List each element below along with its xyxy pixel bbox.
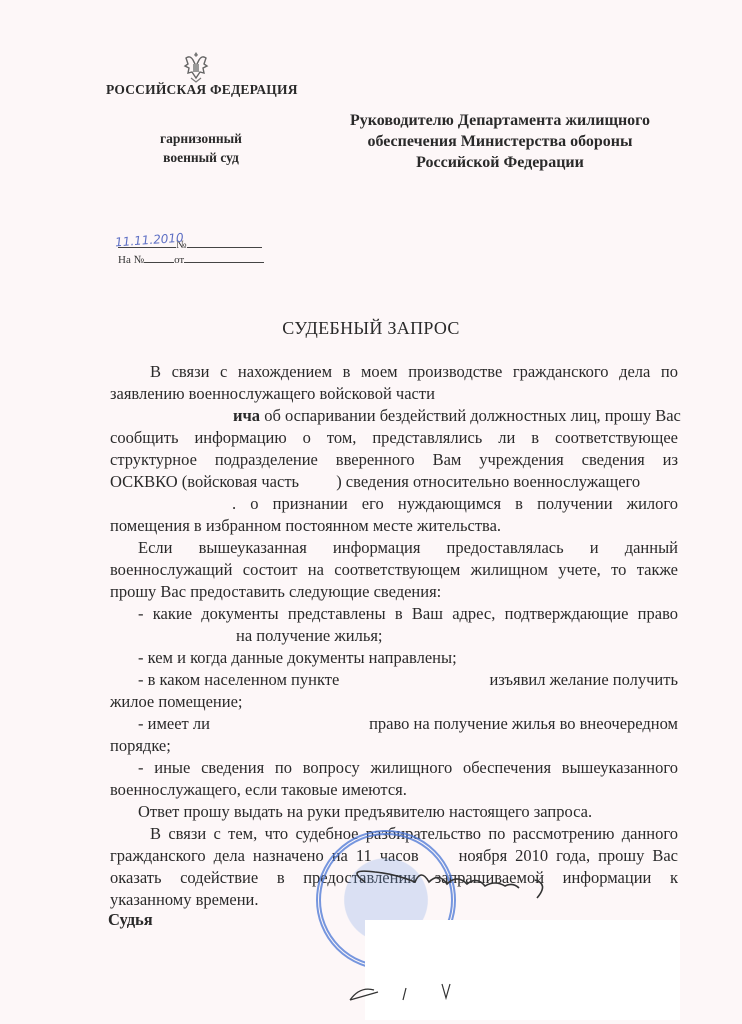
- judge-label: Судья: [108, 910, 153, 930]
- list-item: - какие документы представлены в Ваш адр…: [110, 604, 678, 624]
- country-heading: РОССИЙСКАЯ ФЕДЕРАЦИЯ: [106, 82, 298, 98]
- list-item: - кем и когда данные документы направлен…: [110, 648, 706, 668]
- addressee-line3: Российской Федерации: [325, 152, 675, 173]
- addressee-line1: Руководителю Департамента жилищного: [325, 110, 675, 131]
- body-line: заявлению военнослужащего войсковой част…: [110, 384, 678, 404]
- body-line: ича об оспаривании бездействий должностн…: [110, 406, 678, 426]
- list-item: - в каком населенном пункте изъявил жела…: [110, 670, 678, 690]
- number-blank: [187, 237, 262, 248]
- handwritten-signature-icon: [335, 860, 575, 908]
- list-item-continued: порядке;: [110, 736, 678, 756]
- addressee-line2: обеспечения Министерства обороны: [325, 131, 675, 152]
- list-item-text: - в каком населенном пункте: [110, 670, 339, 689]
- document-title: СУДЕБНЫЙ ЗАПРОС: [0, 318, 742, 339]
- court-name: гарнизонный военный суд: [146, 129, 256, 167]
- from-blank: [184, 252, 264, 263]
- list-item: - иные сведения по вопросу жилищного обе…: [110, 758, 678, 778]
- body-line: Ответ прошу выдать на руки предъявителю …: [110, 802, 706, 822]
- body-line: структурное подразделение вверенного Вам…: [110, 450, 678, 470]
- handwritten-mark-icon: [340, 970, 460, 1010]
- body-line-text: об оспаривании бездействий должностных л…: [260, 406, 681, 425]
- body-line: Если вышеуказанная информация предоставл…: [110, 538, 678, 558]
- body-line: прошу Вас предоставить следующие сведени…: [110, 582, 678, 602]
- addressee-block: Руководителю Департамента жилищного обес…: [325, 110, 675, 173]
- double-headed-eagle-emblem-icon: [180, 50, 212, 84]
- body-line: . о признании его нуждающимся в получени…: [110, 494, 678, 514]
- from-label: от: [174, 254, 184, 266]
- court-name-line1: гарнизонный: [146, 129, 256, 148]
- body-line: помещения в избранном постоянном месте ж…: [110, 516, 678, 536]
- body-line: В связи с нахождением в моем производств…: [110, 362, 678, 382]
- court-name-line2: военный суд: [146, 148, 256, 167]
- list-item-text: - имеет ли: [110, 714, 210, 733]
- list-item-text: право на получение жилья во внеочередном: [369, 714, 678, 734]
- body-line: военнослужащий состоит на соответствующе…: [110, 560, 678, 580]
- ref-blank: [144, 252, 174, 263]
- body-line: ОСКВКО (войсковая часть ) сведения относ…: [110, 472, 678, 492]
- list-item: - имеет ли право на получение жилья во в…: [110, 714, 678, 734]
- list-item-text: изъявил желание получить: [489, 670, 678, 690]
- redacted-name-ending: ича: [233, 406, 260, 425]
- body-line: сообщить информацию о том, представлялис…: [110, 428, 678, 448]
- list-item-continued: военнослужащего, если таковые имеются.: [110, 780, 678, 800]
- list-item-continued: на получение жилья;: [110, 626, 742, 646]
- ref-label: На №: [118, 254, 144, 266]
- reference-number-line: На №от: [118, 252, 264, 266]
- list-item-continued: жилое помещение;: [110, 692, 678, 712]
